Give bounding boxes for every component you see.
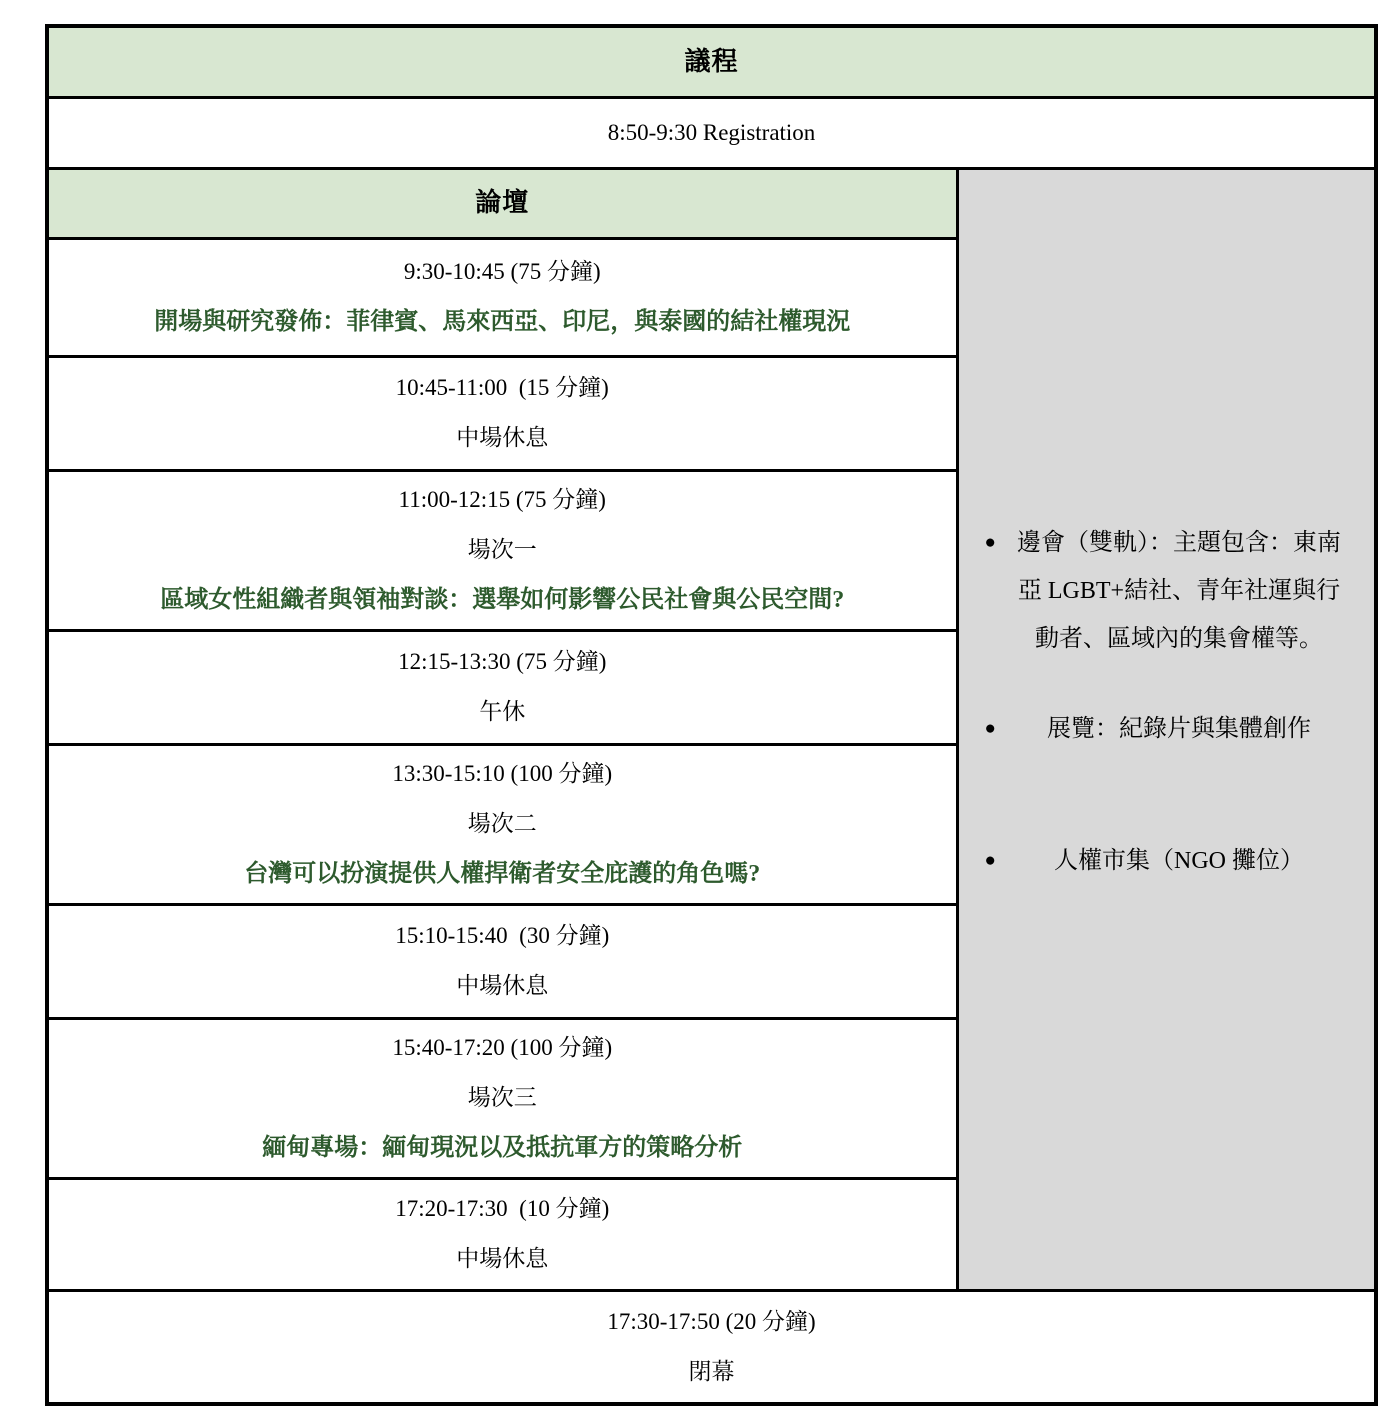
session-time: 15:40-17:20 (100 分鐘) [49,1023,956,1073]
break-cell: 10:45-11:00 (15 分鐘) 中場休息 [47,356,957,470]
session-time: 13:30-15:10 (100 分鐘) [49,749,956,799]
agenda-title: 議程 [49,37,1374,87]
bullet-icon: ● [985,705,996,753]
agenda-header-row: 議程 [47,26,1376,97]
break-time: 17:20-17:30 (10 分鐘) [49,1184,956,1234]
session-name: 場次一 [49,525,956,575]
registration-cell: 8:50-9:30 Registration [47,97,1376,168]
registration-text: 8:50-9:30 Registration [49,108,1374,158]
closing-cell: 17:30-17:50 (20 分鐘) 閉幕 [47,1290,1376,1404]
session-name: 場次二 [49,799,956,849]
session-cell: 13:30-15:10 (100 分鐘) 場次二 台灣可以扮演提供人權捍衛者安全… [47,744,957,904]
session-time: 11:00-12:15 (75 分鐘) [49,475,956,525]
agenda-table: 議程 8:50-9:30 Registration 論壇 ● 邊會（雙軌）：主題… [45,24,1378,1406]
session-topic: 開場與研究發佈：菲律賓、馬來西亞、印尼，與泰國的結社權現況 [49,297,956,347]
forum-header-row: 論壇 ● 邊會（雙軌）：主題包含：東南亞 LGBT+結社、青年社運與行動者、區域… [47,168,1376,238]
break-time: 15:10-15:40 (30 分鐘) [49,911,956,961]
side-event-text: 人權市集（NGO 攤位） [1010,837,1348,885]
closing-row: 17:30-17:50 (20 分鐘) 閉幕 [47,1290,1376,1404]
registration-row: 8:50-9:30 Registration [47,97,1376,168]
bullet-icon: ● [985,837,996,885]
closing-time: 17:30-17:50 (20 分鐘) [49,1297,1374,1347]
agenda-header-cell: 議程 [47,26,1376,97]
session-time: 9:30-10:45 (75 分鐘) [49,247,956,297]
side-event-item: ● 展覽：紀錄片與集體創作 [985,705,1349,753]
side-event-text: 展覽：紀錄片與集體創作 [1010,705,1348,753]
bullet-icon: ● [985,519,996,567]
side-event-text: 邊會（雙軌）：主題包含：東南亞 LGBT+結社、青年社運與行動者、區域內的集會權… [1010,519,1348,663]
session-topic: 台灣可以扮演提供人權捍衛者安全庇護的角色嗎? [49,849,956,899]
session-name: 場次三 [49,1073,956,1123]
break-time: 10:45-11:00 (15 分鐘) [49,363,956,413]
session-topic: 區域女性組織者與領袖對談：選舉如何影響公民社會與公民空間? [49,575,956,625]
side-event-item: ● 邊會（雙軌）：主題包含：東南亞 LGBT+結社、青年社運與行動者、區域內的集… [985,519,1349,663]
lunch-cell: 12:15-13:30 (75 分鐘) 午休 [47,630,957,744]
break-label: 中場休息 [49,1234,956,1284]
lunch-time: 12:15-13:30 (75 分鐘) [49,637,956,687]
break-label: 中場休息 [49,413,956,463]
lunch-label: 午休 [49,687,956,737]
session-cell: 15:40-17:20 (100 分鐘) 場次三 緬甸專場：緬甸現況以及抵抗軍方… [47,1018,957,1178]
closing-label: 閉幕 [49,1347,1374,1397]
forum-header-cell: 論壇 [47,168,957,238]
break-cell: 15:10-15:40 (30 分鐘) 中場休息 [47,904,957,1018]
break-cell: 17:20-17:30 (10 分鐘) 中場休息 [47,1178,957,1290]
session-cell: 9:30-10:45 (75 分鐘) 開場與研究發佈：菲律賓、馬來西亞、印尼，與… [47,238,957,356]
session-topic: 緬甸專場：緬甸現況以及抵抗軍方的策略分析 [49,1123,956,1173]
side-events-cell: ● 邊會（雙軌）：主題包含：東南亞 LGBT+結社、青年社運與行動者、區域內的集… [957,168,1376,1290]
break-label: 中場休息 [49,961,956,1011]
session-cell: 11:00-12:15 (75 分鐘) 場次一 區域女性組織者與領袖對談：選舉如… [47,470,957,630]
forum-title: 論壇 [49,178,956,228]
side-event-item: ● 人權市集（NGO 攤位） [985,837,1349,885]
